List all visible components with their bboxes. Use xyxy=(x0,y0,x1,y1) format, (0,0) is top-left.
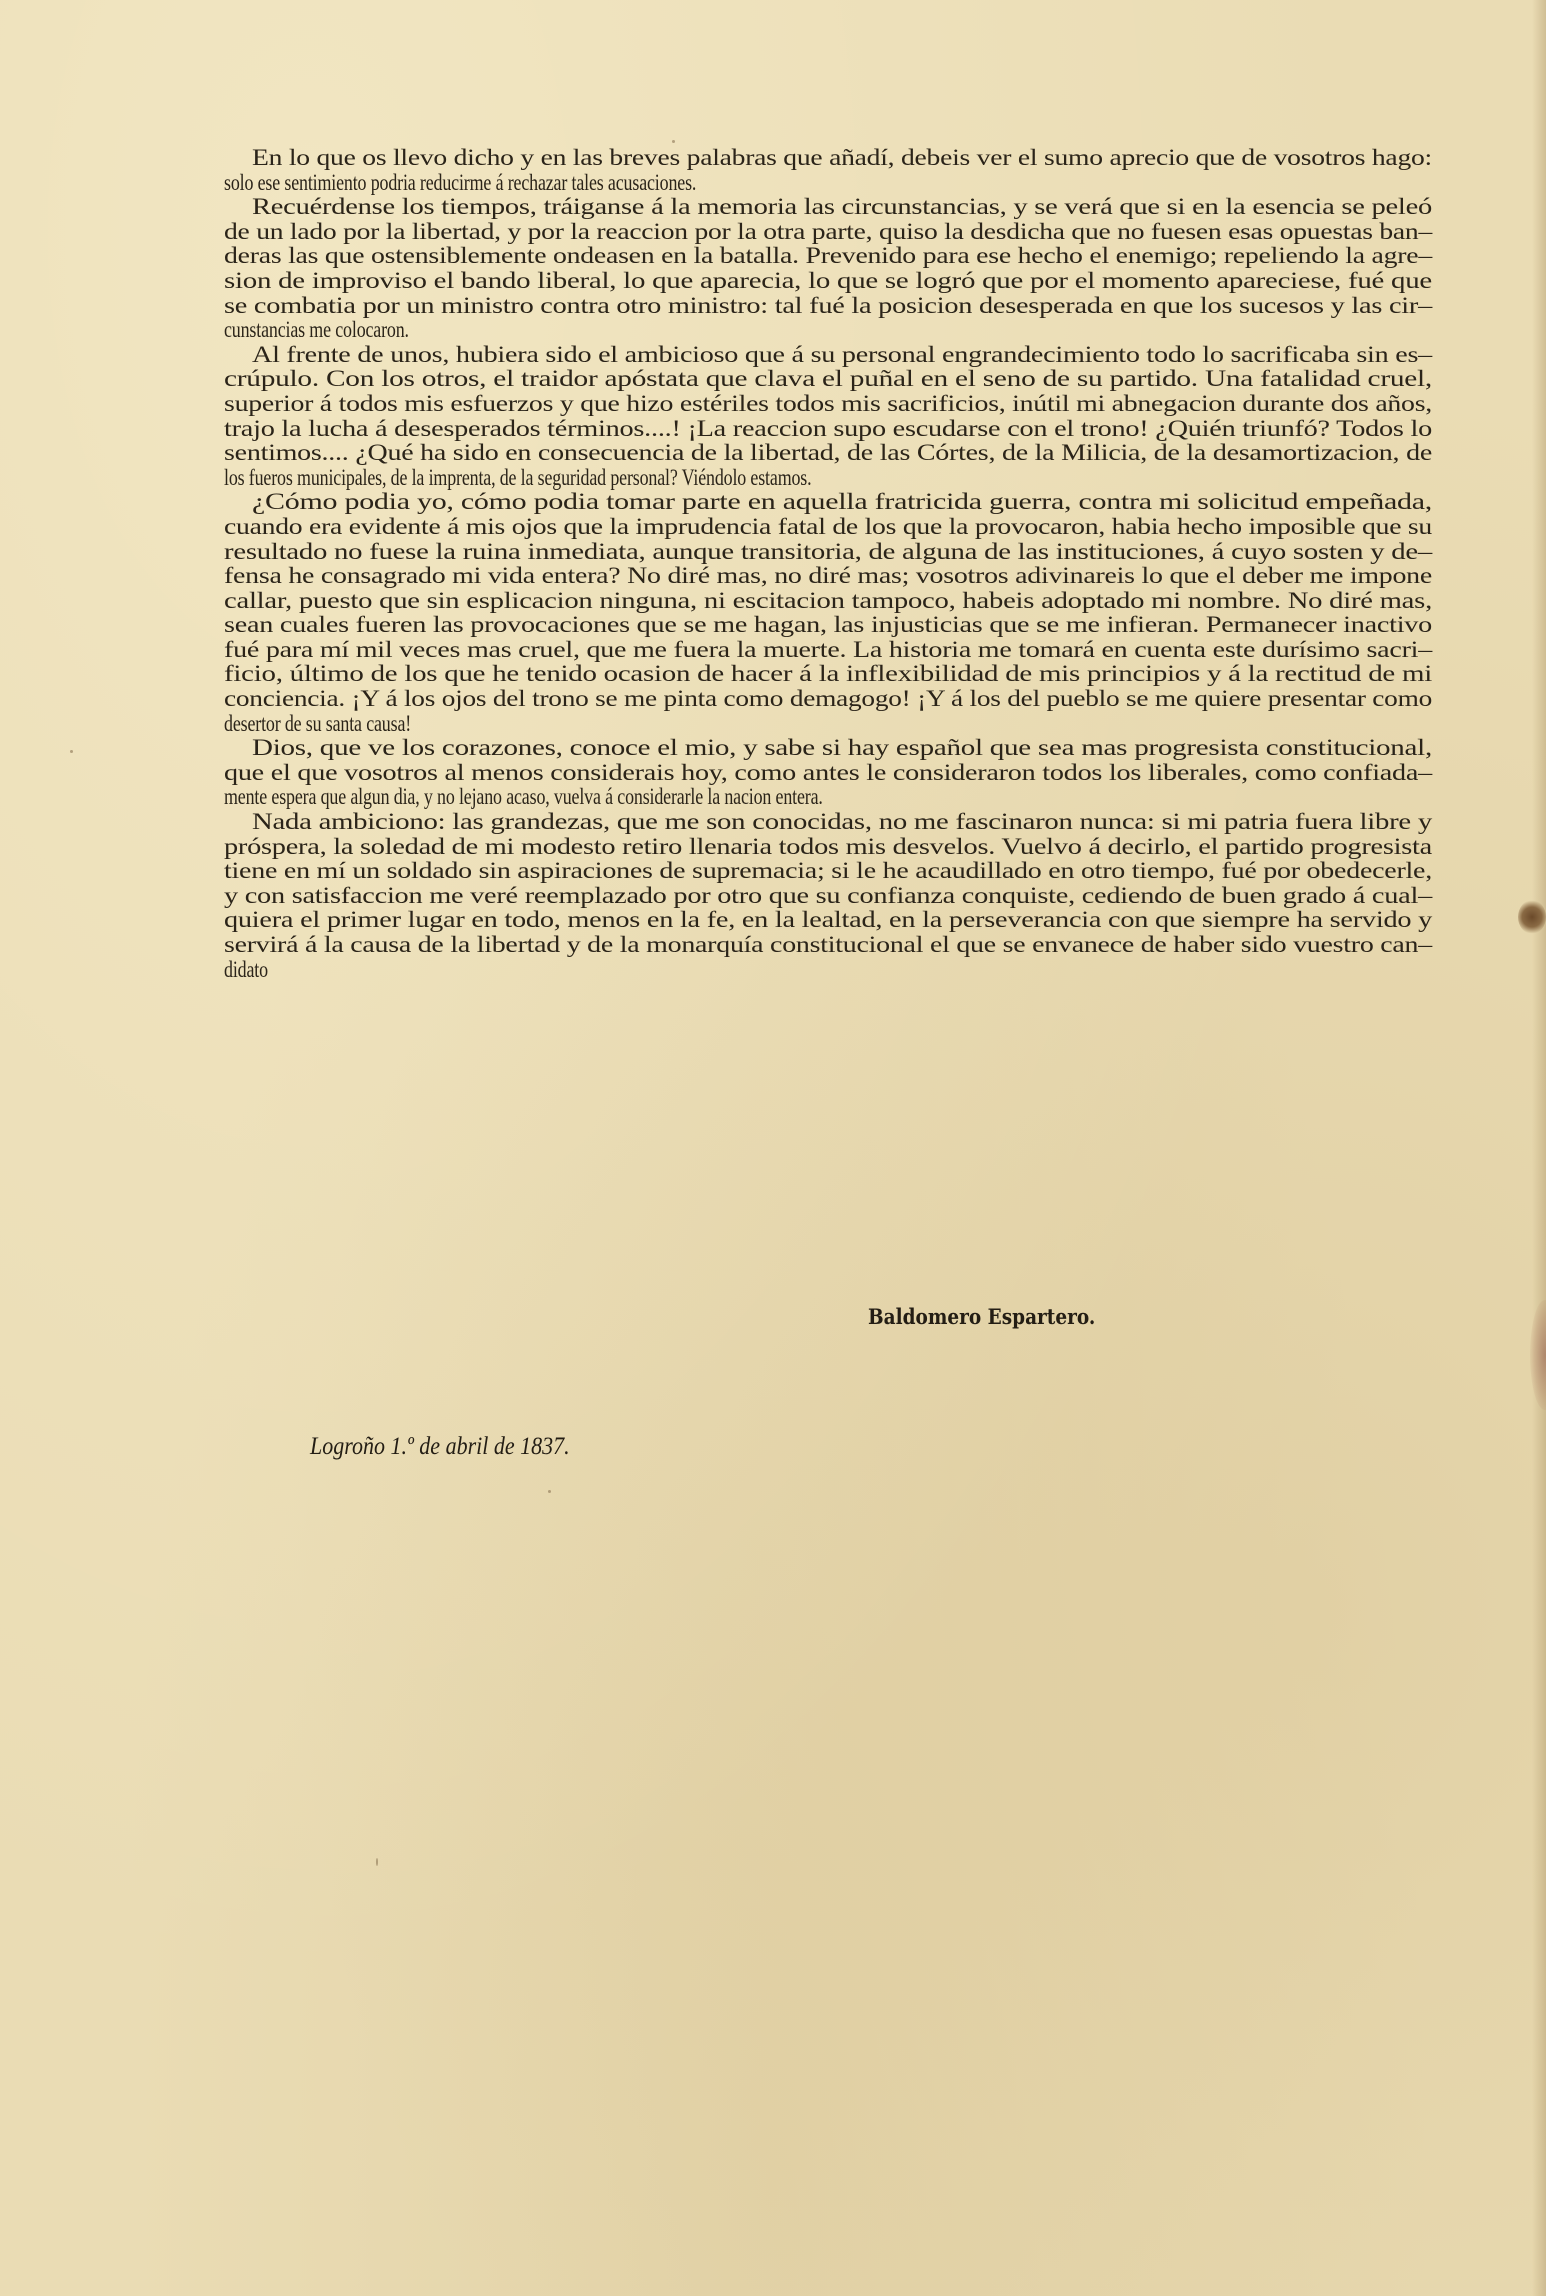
text-line: superior á todos mis esfuerzos y que hiz… xyxy=(224,392,1432,417)
text-line: cuando era evidente á mis ojos que la im… xyxy=(224,515,1432,540)
text-line: didato xyxy=(224,958,1432,983)
text-line: que el que vosotros al menos considerais… xyxy=(224,761,1432,786)
text-line: tiene en mí un soldado sin aspiraciones … xyxy=(224,859,1432,884)
line-text: crúpulo. Con los otros, el traidor apóst… xyxy=(224,367,1432,392)
line-text: fué para mí mil veces mas cruel, que me … xyxy=(224,638,1432,663)
paper-speck xyxy=(672,140,675,143)
text-line: los fueros municipales, de la imprenta, … xyxy=(224,466,1432,491)
text-line: callar, puesto que sin esplicacion ningu… xyxy=(224,589,1432,614)
signature: Baldomero Espartero. xyxy=(868,1304,1095,1329)
line-text: sean cuales fueren las provocaciones que… xyxy=(224,613,1432,638)
text-line: deras las que ostensiblemente ondeasen e… xyxy=(224,244,1432,269)
paragraph-first-line: Al frente de unos, hubiera sido el ambic… xyxy=(252,343,1432,368)
paper-speck xyxy=(376,1858,378,1866)
text-line: de un lado por la libertad, y por la rea… xyxy=(224,220,1432,245)
text-line: servirá á la causa de la libertad y de l… xyxy=(224,933,1432,958)
line-text: callar, puesto que sin esplicacion ningu… xyxy=(224,589,1432,614)
text-line: sion de improviso el bando liberal, lo q… xyxy=(224,269,1432,294)
line-text: En lo que os llevo dicho y en las breves… xyxy=(252,146,1432,171)
text-line: ficio, último de los que he tenido ocasi… xyxy=(224,662,1432,687)
dateline: Logroño 1.º de abril de 1837. xyxy=(310,1433,570,1461)
line-text: desertor de su santa causa! xyxy=(224,712,411,737)
line-text: didato xyxy=(224,958,268,983)
text-line: fué para mí mil veces mas cruel, que me … xyxy=(224,638,1432,663)
text-line: crúpulo. Con los otros, el traidor apóst… xyxy=(224,367,1432,392)
line-text: solo ese sentimiento podria reducirme á … xyxy=(224,171,696,196)
text-line: desertor de su santa causa! xyxy=(224,712,1432,737)
text-line: sentimos.... ¿Qué ha sido en consecuenci… xyxy=(224,441,1432,466)
text-line: fensa he consagrado mi vida entera? No d… xyxy=(224,564,1432,589)
line-text: que el que vosotros al menos considerais… xyxy=(224,761,1432,786)
text-line: conciencia. ¡Y á los ojos del trono se m… xyxy=(224,687,1432,712)
line-text: mente espera que algun dia, y no lejano … xyxy=(224,785,823,810)
document-page: En lo que os llevo dicho y en las breves… xyxy=(0,0,1546,2296)
line-text: tiene en mí un soldado sin aspiraciones … xyxy=(224,859,1432,884)
line-text: servirá á la causa de la libertad y de l… xyxy=(224,933,1432,958)
text-line: sean cuales fueren las provocaciones que… xyxy=(224,613,1432,638)
text-line: quiera el primer lugar en todo, menos en… xyxy=(224,908,1432,933)
text-line: trajo la lucha á desesperados términos..… xyxy=(224,417,1432,442)
line-text: superior á todos mis esfuerzos y que hiz… xyxy=(224,392,1432,417)
text-line: próspera, la soledad de mi modesto retir… xyxy=(224,835,1432,860)
paragraph-first-line: En lo que os llevo dicho y en las breves… xyxy=(252,146,1432,171)
paragraph-first-line: Dios, que ve los corazones, conoce el mi… xyxy=(252,736,1432,761)
line-text: Nada ambiciono: las grandezas, que me so… xyxy=(252,810,1432,835)
line-text: sion de improviso el bando liberal, lo q… xyxy=(224,269,1432,294)
line-text: conciencia. ¡Y á los ojos del trono se m… xyxy=(224,687,1432,712)
line-text: resultado no fuese la ruina inmediata, a… xyxy=(224,540,1432,565)
line-text: se combatia por un ministro contra otro … xyxy=(224,294,1432,319)
line-text: fensa he consagrado mi vida entera? No d… xyxy=(224,564,1432,589)
line-text: sentimos.... ¿Qué ha sido en consecuenci… xyxy=(224,441,1432,466)
line-text: Recuérdense los tiempos, tráiganse á la … xyxy=(252,195,1432,220)
line-text: y con satisfaccion me veré reemplazado p… xyxy=(224,884,1432,909)
text-line: resultado no fuese la ruina inmediata, a… xyxy=(224,540,1432,565)
paragraph-first-line: Nada ambiciono: las grandezas, que me so… xyxy=(252,810,1432,835)
line-text: de un lado por la libertad, y por la rea… xyxy=(224,220,1432,245)
ink-stain xyxy=(1518,900,1546,934)
paper-speck xyxy=(548,1490,551,1493)
paper-speck xyxy=(70,750,73,753)
text-line: cunstancias me colocaron. xyxy=(224,318,1432,343)
paragraph-first-line: Recuérdense los tiempos, tráiganse á la … xyxy=(252,195,1432,220)
line-text: los fueros municipales, de la imprenta, … xyxy=(224,466,811,491)
line-text: trajo la lucha á desesperados términos..… xyxy=(224,417,1432,442)
letter-body: En lo que os llevo dicho y en las breves… xyxy=(252,146,1432,982)
text-line: solo ese sentimiento podria reducirme á … xyxy=(224,171,1432,196)
line-text: deras las que ostensiblemente ondeasen e… xyxy=(224,244,1432,269)
line-text: ¿Cómo podia yo, cómo podia tomar parte e… xyxy=(252,490,1432,515)
text-line: y con satisfaccion me veré reemplazado p… xyxy=(224,884,1432,909)
line-text: Dios, que ve los corazones, conoce el mi… xyxy=(252,736,1432,761)
line-text: quiera el primer lugar en todo, menos en… xyxy=(224,908,1432,933)
line-text: ficio, último de los que he tenido ocasi… xyxy=(224,662,1432,687)
text-line: mente espera que algun dia, y no lejano … xyxy=(224,785,1432,810)
line-text: Al frente de unos, hubiera sido el ambic… xyxy=(252,343,1432,368)
page-edge-shadow xyxy=(1532,0,1546,2296)
line-text: próspera, la soledad de mi modesto retir… xyxy=(224,835,1432,860)
line-text: cuando era evidente á mis ojos que la im… xyxy=(224,515,1432,540)
text-line: se combatia por un ministro contra otro … xyxy=(224,294,1432,319)
paragraph-first-line: ¿Cómo podia yo, cómo podia tomar parte e… xyxy=(252,490,1432,515)
line-text: cunstancias me colocaron. xyxy=(224,318,409,343)
